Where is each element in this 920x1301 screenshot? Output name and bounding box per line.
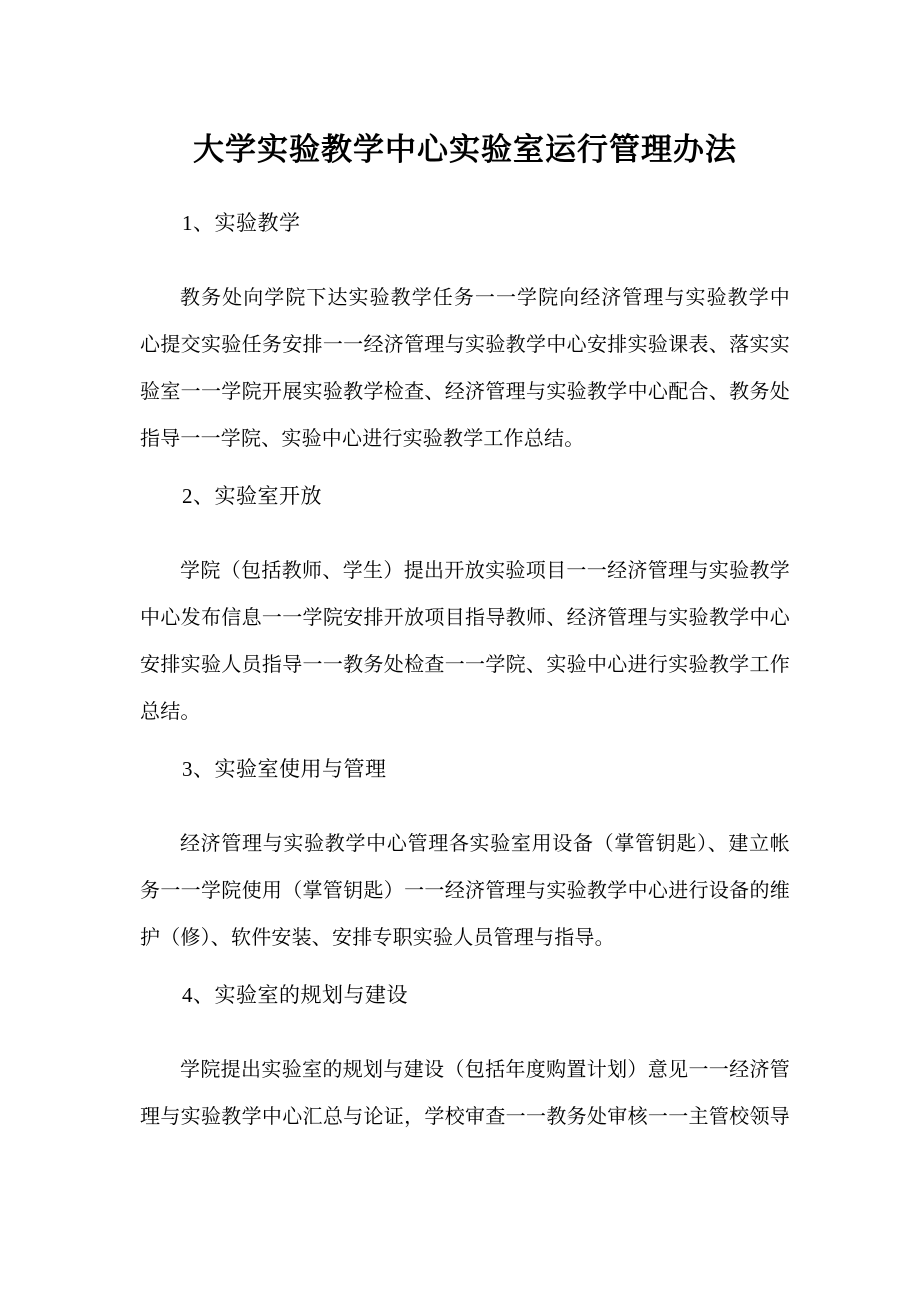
paragraph-line: 学院（包括教师、学生）提出开放实验项目一一经济管理与实验教学 <box>140 548 790 595</box>
paragraph-line: 理与实验教学中心汇总与论证，学校审查一一教务处审核一一主管校领导 <box>140 1094 790 1141</box>
paragraph-line: 经济管理与实验教学中心管理各实验室用设备（掌管钥匙）、建立帐 <box>140 821 790 868</box>
paragraph-line: 学院提出实验室的规划与建设（包括年度购置计划）意见一一经济管 <box>140 1047 790 1094</box>
paragraph-line: 验室一一学院开展实验教学检查、经济管理与实验教学中心配合、教务处 <box>140 369 790 416</box>
section-3-paragraph: 经济管理与实验教学中心管理各实验室用设备（掌管钥匙）、建立帐 务一一学院使用（掌… <box>140 821 790 962</box>
paragraph-line: 总结。 <box>140 689 790 736</box>
section-1-paragraph: 教务处向学院下达实验教学任务一一学院向经济管理与实验教学中 心提交实验任务安排一… <box>140 275 790 463</box>
section-2-heading: 2、实验室开放 <box>140 473 790 520</box>
section-3-heading: 3、实验室使用与管理 <box>140 746 790 793</box>
section-4-paragraph: 学院提出实验室的规划与建设（包括年度购置计划）意见一一经济管 理与实验教学中心汇… <box>140 1047 790 1141</box>
paragraph-line: 护（修）、软件安装、安排专职实验人员管理与指导。 <box>140 915 790 962</box>
document-title: 大学实验教学中心实验室运行管理办法 <box>140 0 790 170</box>
paragraph-line: 教务处向学院下达实验教学任务一一学院向经济管理与实验教学中 <box>140 275 790 322</box>
paragraph-line: 指导一一学院、实验中心进行实验教学工作总结。 <box>140 416 790 463</box>
section-4-heading: 4、实验室的规划与建设 <box>140 972 790 1019</box>
document-page: 大学实验教学中心实验室运行管理办法 1、实验教学 教务处向学院下达实验教学任务一… <box>0 0 920 1301</box>
section-2-paragraph: 学院（包括教师、学生）提出开放实验项目一一经济管理与实验教学 中心发布信息一一学… <box>140 548 790 736</box>
paragraph-line: 务一一学院使用（掌管钥匙）一一经济管理与实验教学中心进行设备的维 <box>140 868 790 915</box>
paragraph-line: 心提交实验任务安排一一经济管理与实验教学中心安排实验课表、落实实 <box>140 322 790 369</box>
section-1-heading: 1、实验教学 <box>140 200 790 247</box>
paragraph-line: 安排实验人员指导一一教务处检查一一学院、实验中心进行实验教学工作 <box>140 642 790 689</box>
paragraph-line: 中心发布信息一一学院安排开放项目指导教师、经济管理与实验教学中心 <box>140 595 790 642</box>
